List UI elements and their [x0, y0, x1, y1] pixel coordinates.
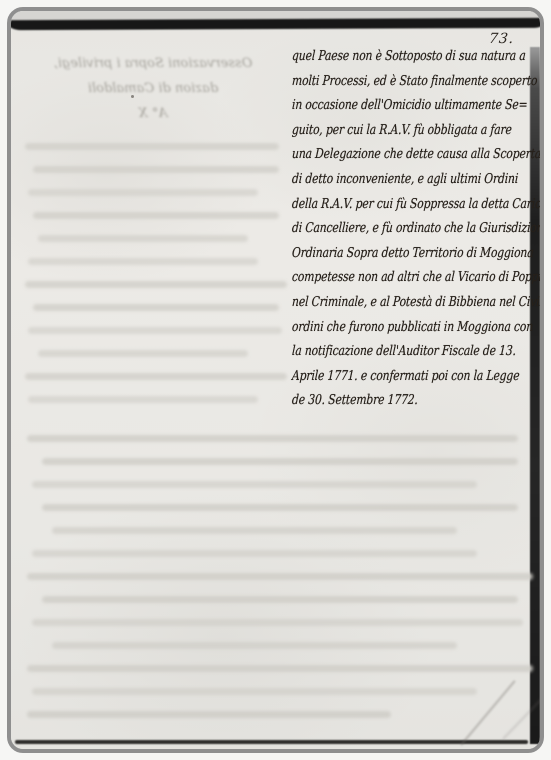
- bleedthrough-line: [25, 143, 279, 150]
- scan-top-edge: [7, 18, 544, 30]
- manuscript-line: molti Processi, ed è Stato finalmente sc…: [291, 69, 499, 94]
- bleedthrough-line: [52, 642, 457, 649]
- bleedthrough-line: [33, 212, 279, 219]
- bleedthrough-line: [38, 350, 248, 357]
- bleedthrough-line: [32, 550, 477, 557]
- bleedthrough-line: [25, 281, 287, 288]
- bleedthrough-line: [28, 258, 259, 265]
- margin-note-line: A° X: [37, 101, 269, 126]
- manuscript-line: di detto inconveniente, e agli ultimi Or…: [291, 167, 499, 192]
- bleedthrough-column-left: [25, 143, 287, 419]
- bleedthrough-line: [42, 504, 518, 511]
- bleedthrough-line: [32, 481, 477, 488]
- manuscript-line: ordini che furono pubblicati in Moggiona…: [291, 315, 499, 340]
- bleedthrough-line: [28, 327, 282, 334]
- manuscript-line: una Delegazione che dette causa alla Sco…: [291, 142, 499, 167]
- bleedthrough-line: [27, 435, 518, 442]
- bleedthrough-line: [42, 596, 518, 603]
- manuscript-line: Ordinaria Sopra detto Territorio di Mogg…: [291, 241, 499, 266]
- bleedthrough-line: [27, 665, 533, 672]
- ink-speck: [131, 95, 134, 98]
- bleedthrough-line: [33, 304, 279, 311]
- bleedthrough-block-lower: [27, 435, 533, 734]
- bleedthrough-line: [27, 711, 391, 718]
- margin-note-line: dazion di Camaldoli: [37, 76, 269, 101]
- bleedthrough-line: [32, 619, 523, 626]
- bleedthrough-line: [33, 166, 279, 173]
- manuscript-line: competesse non ad altri che al Vicario d…: [291, 265, 499, 290]
- manuscript-line: Aprile 1771. e confermati poi con la Leg…: [291, 364, 499, 389]
- bleedthrough-line: [28, 396, 259, 403]
- bleedthrough-line: [28, 189, 259, 196]
- margin-note-line: Osservazioni Sopra i privilegi,: [37, 51, 269, 76]
- handwritten-text-block: quel Paese non è Sottoposto di sua natur…: [292, 44, 544, 413]
- photo-frame: 73. Osservazioni Sopra i privilegi, dazi…: [7, 7, 544, 753]
- manuscript-line: quel Paese non è Sottoposto di sua natur…: [291, 44, 499, 69]
- scan-bottom-edge: [15, 740, 528, 744]
- bleedthrough-line: [27, 573, 533, 580]
- manuscript-line: in occasione dell'Omicidio ultimamente S…: [291, 93, 499, 118]
- margin-note-bleedthrough: Osservazioni Sopra i privilegi, dazion d…: [37, 51, 269, 126]
- manuscript-line: della R.A.V. per cui fù Soppressa la det…: [291, 192, 499, 217]
- bleedthrough-line: [25, 373, 287, 380]
- manuscript-line: nel Criminale, e al Potestà di Bibbiena …: [291, 290, 499, 315]
- bleedthrough-line: [52, 527, 457, 534]
- manuscript-line: di Cancelliere, e fù ordinato che la Giu…: [291, 216, 499, 241]
- bleedthrough-line: [38, 235, 248, 242]
- manuscript-line: la notificazione dell'Auditor Fiscale de…: [291, 339, 499, 364]
- manuscript-scan: 73. Osservazioni Sopra i privilegi, dazi…: [0, 0, 551, 760]
- bleedthrough-line: [42, 458, 518, 465]
- manuscript-line: guito, per cui la R.A.V. fù obbligata a …: [291, 118, 499, 143]
- bleedthrough-line: [32, 688, 477, 695]
- manuscript-line: de 30. Settembre 1772.: [291, 388, 499, 413]
